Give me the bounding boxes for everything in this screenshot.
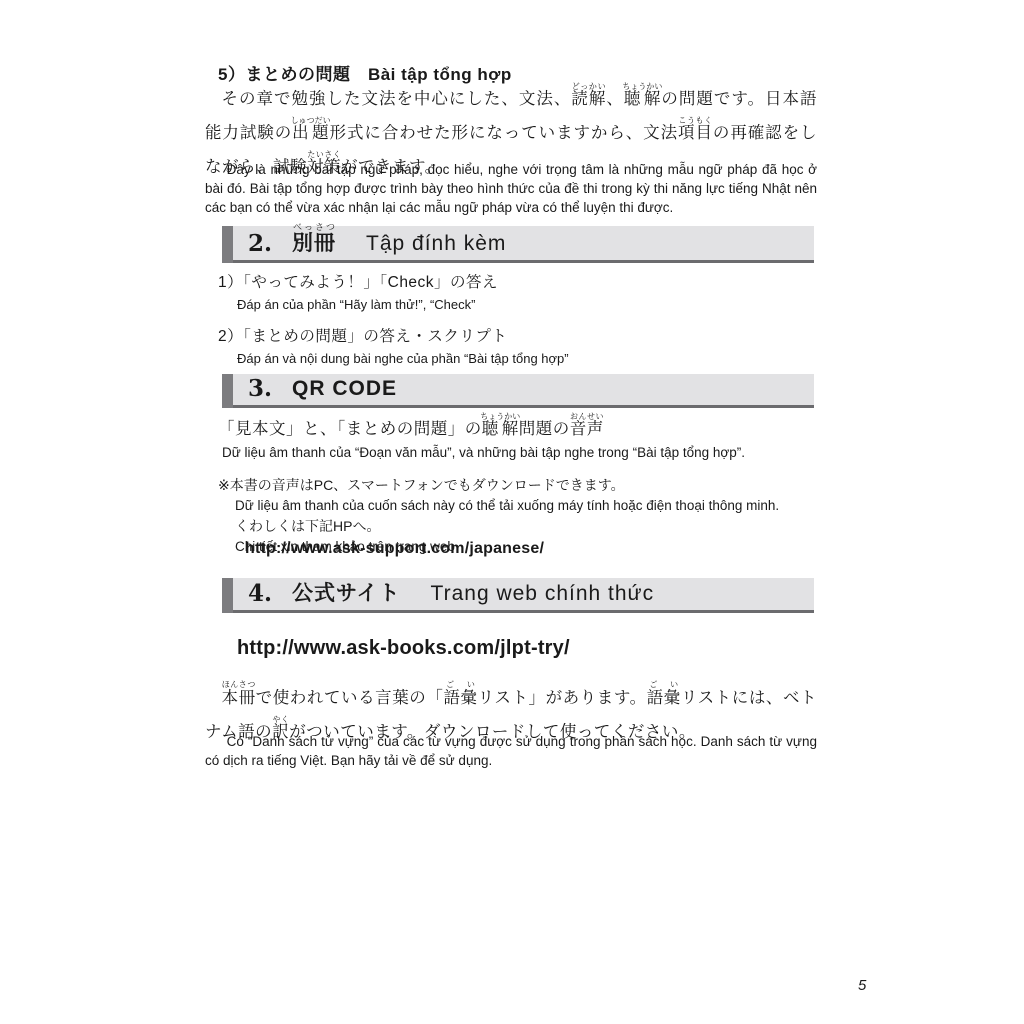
- list-item-vietnamese: Đáp án của phần “Hãy làm thử!”, “Check”: [237, 296, 818, 313]
- section2-title-japanese: 別冊べっさつ: [292, 222, 336, 257]
- section2-header: 2. 別冊べっさつ Tập đính kèm: [222, 226, 814, 263]
- intro-vietnamese-paragraph: Đây là những bài tập ngữ pháp, đọc hiểu,…: [205, 160, 817, 217]
- audio-note-japanese: ※本書の音声はPC、スマートフォンでもダウンロードできます。: [218, 476, 818, 495]
- section3-number: 3.: [248, 376, 272, 402]
- section4-title-japanese: 公式サイト: [292, 581, 401, 607]
- audio-heading-japanese: 「見本文」と、「まとめの問題」の聴解ちょうかい問題の音声おんせい: [218, 412, 818, 442]
- section2-number: 2.: [248, 231, 272, 257]
- official-site-url: http://www.ask-books.com/jlpt-try/: [237, 637, 570, 660]
- section3-title: QR CODE: [292, 376, 397, 402]
- audio-heading-vietnamese: Dữ liệu âm thanh của “Đoạn văn mẫu”, và …: [222, 444, 818, 462]
- page-number: 5: [858, 977, 866, 994]
- section2-header-bar: 2. 別冊べっさつ Tập đính kèm: [233, 226, 814, 263]
- audio-note2-japanese: くわしくは下記HPへ。: [235, 517, 818, 536]
- support-url: http://www.ask-support.com/japanese/: [245, 540, 544, 558]
- section4-header: 4. 公式サイト Trang web chính thức: [222, 578, 814, 613]
- list-item-japanese: 2）「まとめの問題」の答え・スクリプト: [218, 327, 818, 347]
- section3-header-tab: [222, 374, 233, 408]
- section4-header-bar: 4. 公式サイト Trang web chính thức: [233, 578, 814, 613]
- section3-content: 「見本文」と、「まとめの問題」の聴解ちょうかい問題の音声おんせい Dữ liệu…: [218, 412, 818, 556]
- section2-item-list: 1）「やってみよう！」「Check」の答え Đáp án của phần “H…: [218, 273, 818, 381]
- book-page: 5）まとめの問題 Bài tập tổng hợp その章で勉強した文法を中心に…: [0, 0, 1024, 1024]
- section4-header-tab: [222, 578, 233, 613]
- section4-number: 4.: [248, 581, 272, 607]
- section2-title-vietnamese: Tập đính kèm: [366, 231, 506, 257]
- list-item-japanese: 1）「やってみよう！」「Check」の答え: [218, 273, 818, 293]
- section3-header: 3. QR CODE: [222, 374, 814, 408]
- section4-title-vietnamese: Trang web chính thức: [431, 581, 655, 607]
- vocab-vietnamese-paragraph: Có “Danh sách từ vựng” của các từ vựng đ…: [205, 732, 817, 770]
- section2-header-tab: [222, 226, 233, 263]
- audio-note-vietnamese: Dữ liệu âm thanh của cuốn sách này có th…: [235, 497, 818, 515]
- list-item-vietnamese: Đáp án và nội dung bài nghe của phần “Bà…: [237, 350, 818, 367]
- section3-header-bar: 3. QR CODE: [233, 374, 814, 408]
